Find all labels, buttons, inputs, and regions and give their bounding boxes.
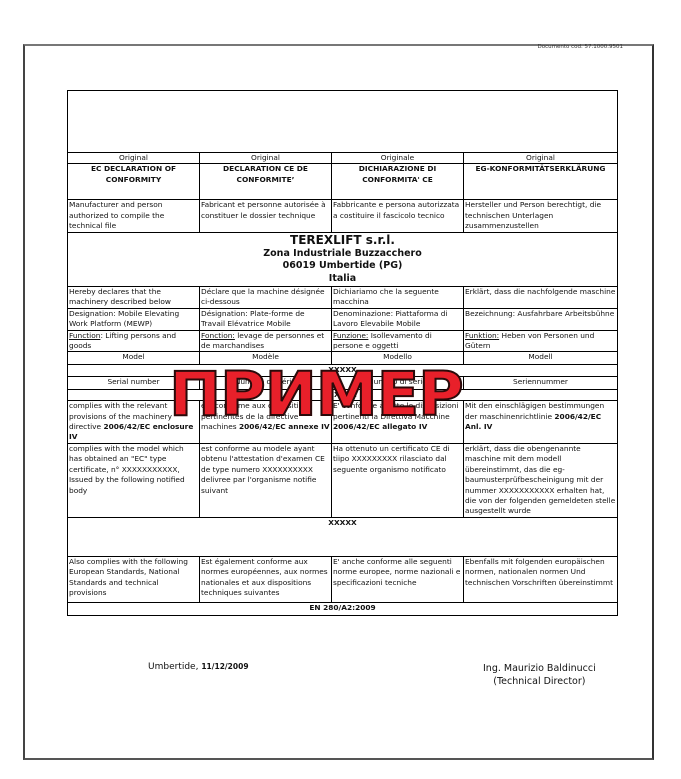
declares-row: Hereby declares that the machinery descr… [68,287,618,309]
logo-area [68,91,618,153]
company-address-2: 06019 Umbertide (PG) [69,260,616,273]
certificate-text: Ha ottenuto un certificato CE di tiipo X… [332,443,464,517]
declares-text: Erklärt, dass die nachfolgende maschine [464,287,618,309]
original-row: Original Original Originale Original [68,153,618,164]
standards-text: Ebenfalls mit folgenden europäischen nor… [464,556,618,602]
manufacturer-label-row: Manufacturer and person authorized to co… [68,200,618,232]
signatory-name: Ing. Maurizio Baldinucci [483,662,596,675]
designation-text: Denominazione: Piattaforma di Lavoro Ele… [332,308,464,330]
complies-cell: Mit den einschlägigen bestimmungen der m… [464,401,618,444]
manufacturer-label: Hersteller und Person berechtigt, die te… [464,200,618,232]
company-row: TEREXLIFT s.r.l. Zona Industriale Buzzac… [68,232,618,286]
function-label: Fonction: [201,331,235,340]
declaration-title-de: EG-KONFORMITÄTSERKLÄRUNG [464,164,618,200]
signature-place-date: Umbertide, 11/12/2009 [148,662,249,672]
designation-text: Designation: Mobile Elevating Work Platf… [68,308,200,330]
certificate-text: complies with the model which has obtain… [68,443,200,517]
certificate-text: erklärt, dass die obengenannte maschine … [464,443,618,517]
designation-text: Désignation: Plate-forme de Travail Elév… [200,308,332,330]
manufacturer-label: Fabbricante e persona autorizzata a cost… [332,200,464,232]
document-code: Documento cod. 57.1000.9501 [538,44,623,50]
function-cell: Funzione: Isollevamento di persone e ogg… [332,330,464,352]
designation-row: Designation: Mobile Elevating Work Platf… [68,308,618,330]
model-label: Modell [464,352,618,365]
standard-row: EN 280/A2:2009 [68,602,618,615]
manufacturer-label: Fabricant et personne autorisée à consti… [200,200,332,232]
function-cell: Fonction: levage de personnes et de marc… [200,330,332,352]
notified-body: XXXXX [68,517,618,556]
declaration-table: Original Original Originale Original EC … [67,90,618,616]
function-cell: Funktion: Heben von Personen und Gütern [464,330,618,352]
signatory: Ing. Maurizio Baldinucci (Technical Dire… [483,662,596,688]
certificate-text: est conforme au modele ayant obtenu l'at… [200,443,332,517]
declaration-title-it: DICHIARAZIONE DI CONFORMITA' CE [332,164,464,200]
company-block: TEREXLIFT s.r.l. Zona Industriale Buzzac… [68,232,618,286]
original-label: Original [200,153,332,164]
sample-watermark: ПРИМЕР [169,364,463,426]
function-row: Function: Lifting persons and goods Fonc… [68,330,618,352]
manufacturer-label: Manufacturer and person authorized to co… [68,200,200,232]
company-name: TEREXLIFT s.r.l. [69,233,616,248]
standards-row: Also complies with the following Europea… [68,556,618,602]
original-label: Original [68,153,200,164]
header-blank-row [68,91,618,153]
signature-date: 11/12/2009 [201,662,248,671]
standards-text: Est également conforme aux normes europé… [200,556,332,602]
serial-label: Seriennummer [464,376,618,389]
declares-text: Hereby declares that the machinery descr… [68,287,200,309]
declaration-title-fr: DECLARATION CE DE CONFORMITE’ [200,164,332,200]
title-row: EC DECLARATION OF CONFORMITY DECLARATION… [68,164,618,200]
function-label: Function [69,331,100,340]
certificate-row: complies with the model which has obtain… [68,443,618,517]
function-cell: Function: Lifting persons and goods [68,330,200,352]
declaration-title-en: EC DECLARATION OF CONFORMITY [68,164,200,200]
notified-body-row: XXXXX [68,517,618,556]
standard-ref: EN 280/A2:2009 [68,602,618,615]
function-label: Funzione: [333,331,368,340]
declares-text: Dichiariamo che la seguente macchina [332,287,464,309]
signature-place: Umbertide, [148,662,201,672]
company-country: Italia [69,273,616,286]
original-label: Original [464,153,618,164]
standards-text: Also complies with the following Europea… [68,556,200,602]
company-address-1: Zona Industriale Buzzacchero [69,248,616,261]
signatory-role: (Technical Director) [483,675,596,688]
standards-text: E' anche conforme alle seguenti norme eu… [332,556,464,602]
original-label: Originale [332,153,464,164]
declares-text: Déclare que la machine désignée ci-desso… [200,287,332,309]
function-label: Funktion: [465,331,499,340]
designation-text: Bezeichnung: Ausfahrbare Arbeitsbühne [464,308,618,330]
